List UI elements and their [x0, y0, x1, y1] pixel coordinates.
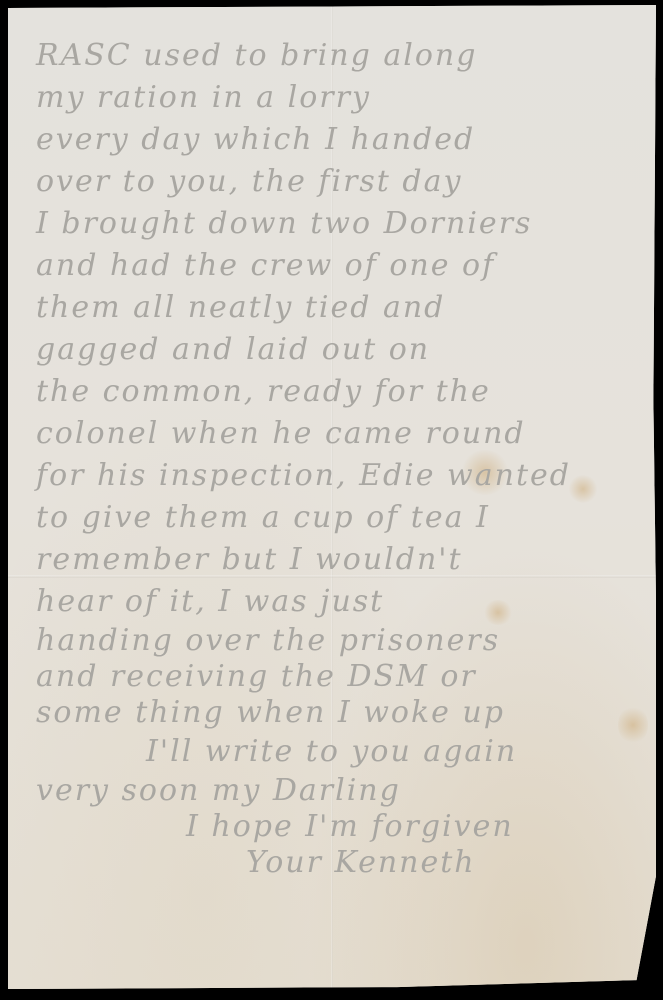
letter-line: I brought down two Dorniers: [36, 203, 656, 245]
closing-line: very soon my Darling: [36, 773, 656, 809]
letter-line: them all neatly tied and: [36, 287, 656, 329]
letter-line: to give them a cup of tea I: [36, 497, 656, 539]
letter-line: hear of it, I was just: [36, 581, 656, 623]
letter-line: and had the crew of one of: [36, 245, 656, 287]
letter-line: some thing when I woke up: [36, 695, 656, 731]
closing-line: I'll write to you again: [36, 731, 656, 773]
letter-line: remember but I wouldn't: [36, 539, 656, 581]
closing-line: I hope I'm forgiven: [36, 809, 656, 845]
letter-body: RASC used to bring along my ration in a …: [36, 35, 656, 881]
letter-line: my ration in a lorry: [36, 77, 656, 119]
letter-line: every day which I handed: [36, 119, 656, 161]
letter-line: handing over the prisoners: [36, 623, 656, 659]
letter-line: gagged and laid out on: [36, 329, 656, 371]
letter-line: colonel when he came round: [36, 413, 656, 455]
letter-line: over to you, the first day: [36, 161, 656, 203]
letter-page: RASC used to bring along my ration in a …: [8, 5, 656, 995]
letter-line: RASC used to bring along: [36, 35, 656, 77]
letter-line: for his inspection, Edie wanted: [36, 455, 656, 497]
letter-line: the common, ready for the: [36, 371, 656, 413]
signature: Your Kenneth: [36, 845, 656, 881]
letter-line: and receiving the DSM or: [36, 659, 656, 695]
